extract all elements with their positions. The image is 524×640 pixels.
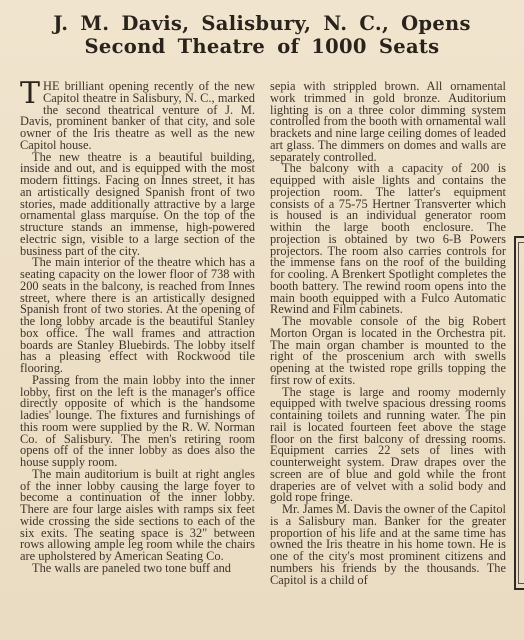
- paragraph: The main interior of the theatre which h…: [20, 257, 255, 375]
- paragraph: The walls are paneled two tone buff and: [20, 563, 255, 575]
- paragraph: The movable console of the big Robert Mo…: [270, 316, 506, 387]
- paragraph: Mr. James M. Davis the owner of the Capi…: [270, 504, 506, 586]
- adjacent-photo-frame-inner: [518, 242, 524, 584]
- right-column: sepia with strippled brown. All ornament…: [270, 81, 506, 586]
- article-headline: J. M. Davis, Salisbury, N. C., Opens Sec…: [0, 12, 524, 58]
- paragraph: The main auditorium is built at right an…: [20, 469, 255, 563]
- headline-line-2: Second Theatre of 1000 Seats: [0, 35, 524, 58]
- left-column: THE brilliant opening recently of the ne…: [20, 81, 255, 575]
- magazine-page: J. M. Davis, Salisbury, N. C., Opens Sec…: [0, 0, 524, 640]
- paragraph: The new theatre is a beautiful building,…: [20, 152, 255, 258]
- paragraph: sepia with strippled brown. All ornament…: [270, 81, 506, 163]
- paragraph: The stage is large and roomy modernly eq…: [270, 387, 506, 505]
- drop-cap: T: [20, 82, 40, 106]
- paragraph: Passing from the main lobby into the inn…: [20, 375, 255, 469]
- paragraph: THE brilliant opening recently of the ne…: [20, 81, 255, 152]
- paragraph: The balcony with a capacity of 200 is eq…: [270, 163, 506, 316]
- headline-line-1: J. M. Davis, Salisbury, N. C., Opens: [0, 12, 524, 35]
